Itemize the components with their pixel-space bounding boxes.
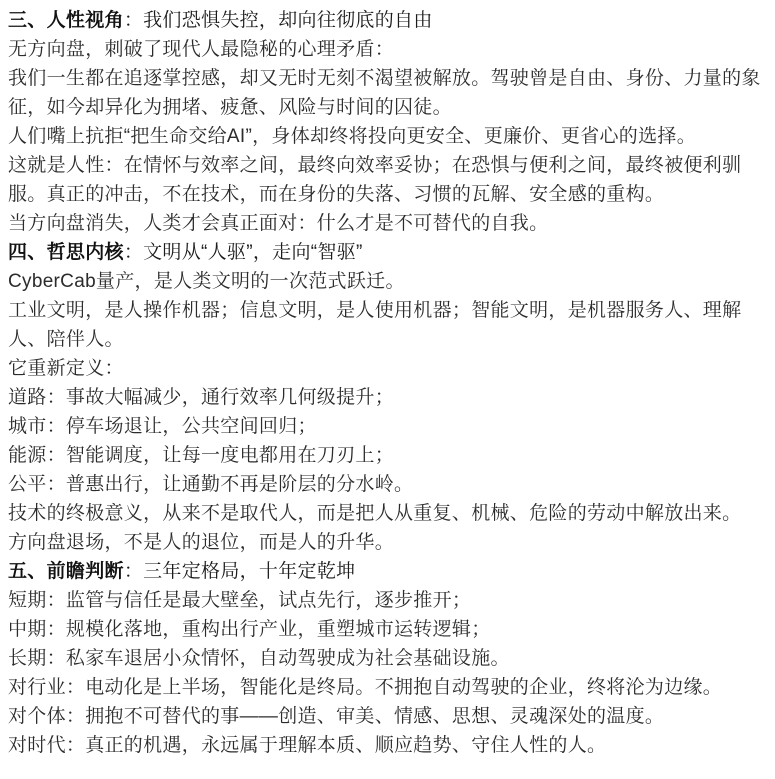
section-heading-rest: ：文明从“人驱”，走向“智驱”: [124, 242, 363, 263]
paragraph: 长期：私家车退居小众情怀，自动驾驶成为社会基础设施。: [8, 644, 765, 673]
paragraph: CyberCab量产，是人类文明的一次范式跃迁。: [8, 267, 765, 296]
section-heading-rest: ：三年定格局，十年定乾坤: [124, 561, 356, 582]
paragraph: 道路：事故大幅减少，通行效率几何级提升；: [8, 383, 765, 412]
paragraph: 当方向盘消失，人类才会真正面对：什么才是不可替代的自我。: [8, 209, 765, 238]
paragraph: 能源：智能调度，让每一度电都用在刀刃上；: [8, 441, 765, 470]
paragraph: 公平：普惠出行，让通勤不再是阶层的分水岭。: [8, 470, 765, 499]
section-heading-zhesi: 四、哲思内核：文明从“人驱”，走向“智驱”: [8, 238, 765, 267]
paragraph: 方向盘退场，不是人的退位，而是人的升华。: [8, 528, 765, 557]
section-heading-renxing: 三、人性视角：我们恐惧失控，却向往彻底的自由: [8, 6, 765, 35]
paragraph: 中期：规模化落地，重构出行产业，重塑城市运转逻辑；: [8, 615, 765, 644]
paragraph: 它重新定义：: [8, 354, 765, 383]
paragraph: 工业文明，是人操作机器；信息文明，是人使用机器；智能文明，是机器服务人、理解人、…: [8, 296, 765, 354]
paragraph: 对行业：电动化是上半场，智能化是终局。不拥抱自动驾驶的企业，终将沦为边缘。: [8, 673, 765, 702]
section-heading-bold: 四、哲思内核: [8, 242, 124, 263]
section-heading-qianzhan: 五、前瞻判断：三年定格局，十年定乾坤: [8, 557, 765, 586]
paragraph: 我们一生都在追逐掌控感，却又无时无刻不渴望被解放。驾驶曾是自由、身份、力量的象征…: [8, 64, 765, 122]
paragraph: 人们嘴上抗拒“把生命交给AI”，身体却终将投向更安全、更廉价、更省心的选择。: [8, 122, 765, 151]
section-heading-rest: ：我们恐惧失控，却向往彻底的自由: [124, 10, 433, 31]
paragraph: 无方向盘，刺破了现代人最隐秘的心理矛盾：: [8, 35, 765, 64]
paragraph: 这就是人性：在情怀与效率之间，最终向效率妥协；在恐惧与便利之间，最终被便利驯服。…: [8, 151, 765, 209]
paragraph: 技术的终极意义，从来不是取代人，而是把人从重复、机械、危险的劳动中解放出来。: [8, 499, 765, 528]
article-body: 三、人性视角：我们恐惧失控，却向往彻底的自由 无方向盘，刺破了现代人最隐秘的心理…: [0, 0, 775, 770]
paragraph: 对个体：拥抱不可替代的事——创造、审美、情感、思想、灵魂深处的温度。: [8, 702, 765, 731]
section-heading-bold: 五、前瞻判断: [8, 561, 124, 582]
paragraph: 城市：停车场退让，公共空间回归；: [8, 412, 765, 441]
paragraph: 短期：监管与信任是最大壁垒，试点先行，逐步推开；: [8, 586, 765, 615]
section-heading-bold: 三、人性视角: [8, 10, 124, 31]
paragraph: 对时代：真正的机遇，永远属于理解本质、顺应趋势、守住人性的人。: [8, 731, 765, 760]
